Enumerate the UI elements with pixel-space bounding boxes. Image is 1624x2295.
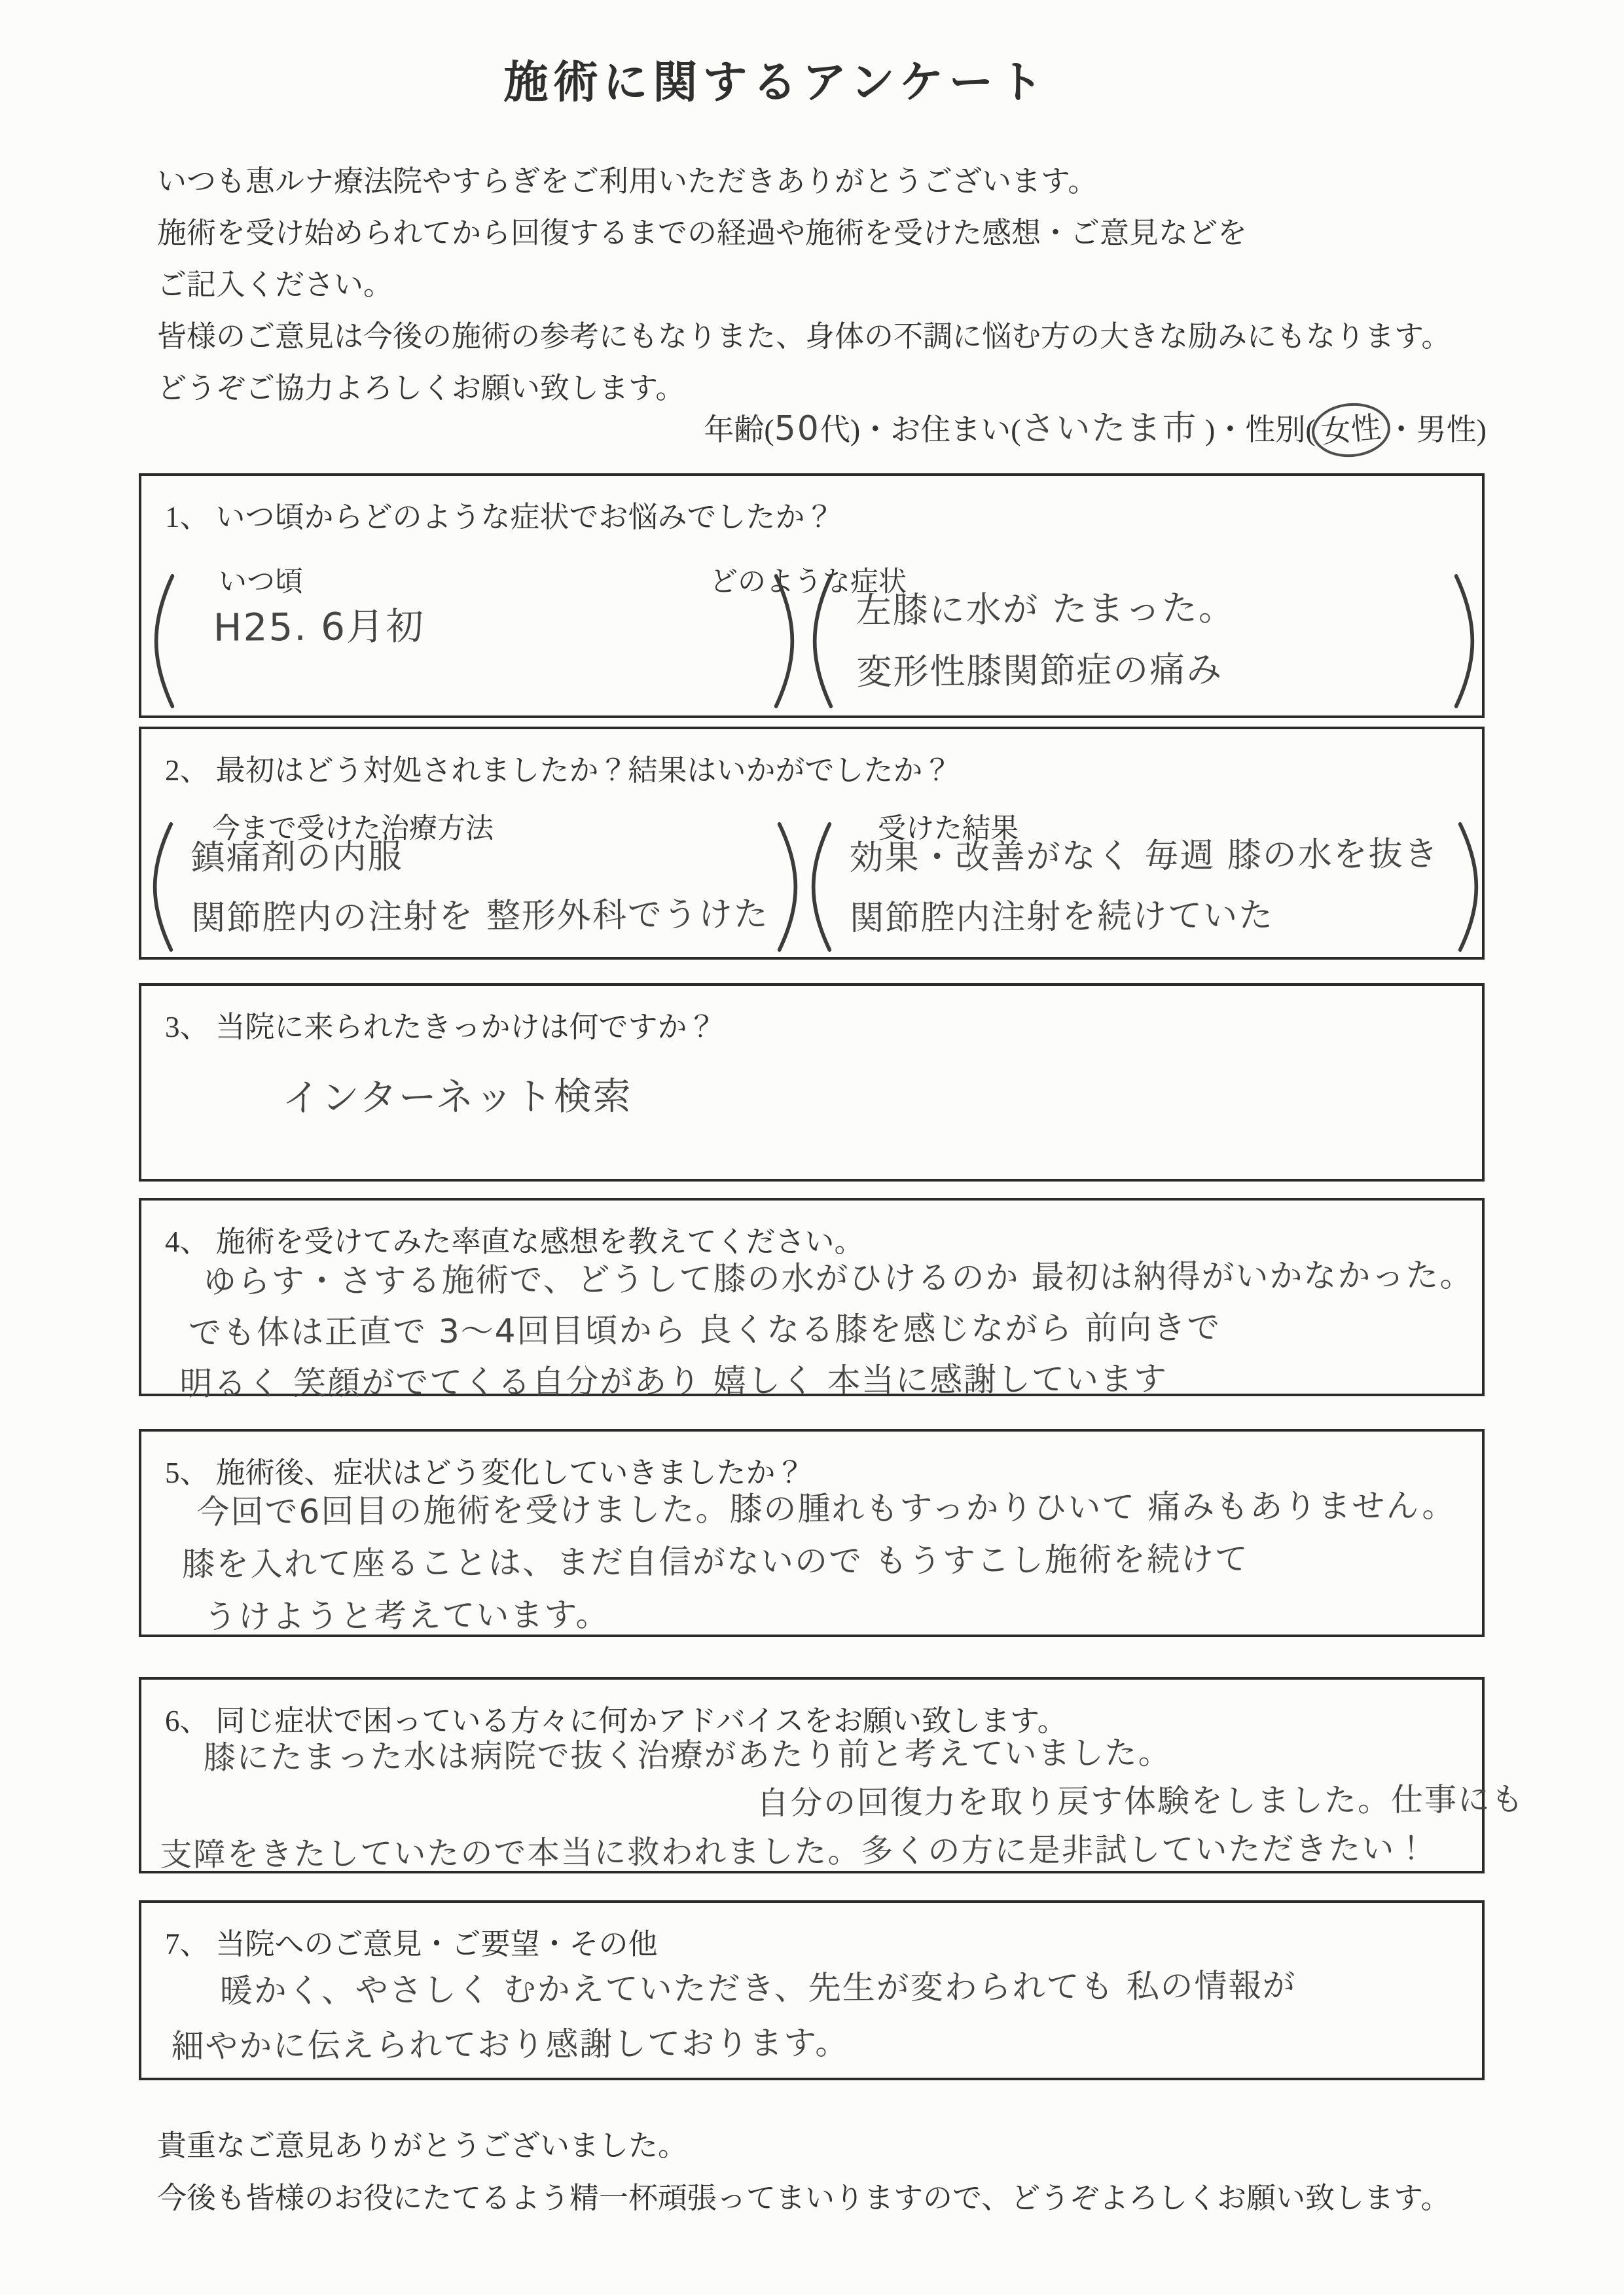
gender-separator: ・	[1386, 413, 1416, 446]
paren-close-icon	[772, 574, 797, 708]
answer-group-result: 効果・改善がなく 毎週 膝の水を抜き 関節腔内注射を続けていた	[809, 822, 1481, 952]
residence-value-handwritten: さいたま市	[1021, 409, 1198, 448]
answer-group-when: H25. 6月初	[152, 574, 797, 708]
question-7-label: 当院へのご意見・ご要望・その他	[216, 1928, 658, 1961]
question-box-6: 6、同じ症状で困っている方々に何かアドバイスをお願い致します。 膝にたまった水は…	[139, 1677, 1485, 1873]
answer-handwritten: 膝にたまった水は病院で抜く治療があたり前と考えていました。 自分の回復力を取り戻…	[141, 1727, 1482, 1880]
question-box-1: 1、いつ頃からどのような症状でお悩みでしたか？ いつ頃 どのような症状 H25.…	[139, 473, 1485, 718]
answer-group-symptom: 左膝に水が たまった。 変形性膝関節症の痛み	[810, 574, 1477, 708]
answer-line: 膝にたまった水は病院で抜く治療があたり前と考えていました。	[203, 1727, 1481, 1782]
paren-close-icon	[1452, 574, 1477, 708]
answer-line: 今回で6回目の施術を受けました。膝の腫れもすっかりひいて 痛みもありません。	[196, 1479, 1481, 1538]
question-box-5: 5、施術後、症状はどう変化していきましたか？ 今回で6回目の施術を受けました。膝…	[139, 1429, 1485, 1637]
answer-when-handwritten: H25. 6月初	[213, 593, 770, 652]
gender-female-option: 女性	[1320, 410, 1382, 449]
intro-paragraph: いつも恵ルナ療法院やすらぎをご利用いただきありがとうございます。 施術を受け始め…	[157, 156, 1451, 414]
answer-line: 支障をきたしていたので本当に救われました。多くの方に是非試していただきたい！	[160, 1824, 1482, 1880]
answer-line: 細やかに伝えられており感謝しております。	[171, 2012, 1482, 2074]
question-3-number: 3、	[165, 1011, 209, 1043]
paren-open-icon	[152, 574, 177, 708]
answer-symptom-line: 左膝に水が たまった。	[856, 576, 1449, 642]
answer-line: 自分の回復力を取り戻す体験をしました。仕事にも	[757, 1776, 1482, 1828]
answer-result-line: 効果・改善がなく 毎週 膝の水を抜き	[849, 824, 1453, 888]
question-box-3: 3、当院に来られたきっかけは何ですか？ インターネット検索	[139, 983, 1485, 1182]
question-2-number: 2、	[165, 754, 209, 787]
intro-line: 施術を受け始められてから回復するまでの経過や施術を受けた感想・ご意見などを	[157, 208, 1451, 259]
intro-line: いつも恵ルナ療法院やすらぎをご利用いただきありがとうございます。	[157, 156, 1451, 208]
answer-handwritten: 今回で6回目の施術を受けました。膝の腫れもすっかりひいて 痛みもありません。 膝…	[141, 1479, 1482, 1644]
respondent-info: 年齢(50代)・お住まい(さいたま市 )・性別(女性・男性)	[704, 401, 1487, 457]
answer-past-treatment-line: 関節腔内の注射を 整形外科でうけた	[191, 884, 773, 949]
age-label: 年齢(	[704, 413, 774, 446]
closing-line: 今後も皆様のお役にたてるよう精一杯頑張ってまいりますので、どうぞよろしくお願い致…	[157, 2172, 1451, 2224]
age-residence-label: 代)・お住まい(	[820, 413, 1021, 446]
answer-line: 膝を入れて座ることは、まだ自信がないので もうすこし施術を続けて	[182, 1532, 1482, 1591]
paren-open-icon	[151, 822, 175, 952]
answer-symptom-line: 変形性膝関節症の痛み	[856, 638, 1450, 703]
question-5-number: 5、	[165, 1456, 209, 1489]
answer-handwritten: インターネット検索	[141, 1061, 1482, 1123]
answer-line: 暖かく、やさしく むかえていただき、先生が変わられても 私の情報が	[220, 1957, 1482, 2019]
question-box-2: 2、最初はどう対処されましたか？結果はいかがでしたか？ 今まで受けた治療方法 受…	[139, 727, 1485, 960]
paren-open-icon	[810, 574, 835, 708]
closing-note: 貴重なご意見ありがとうございました。 今後も皆様のお役にたてるよう精一杯頑張って…	[157, 2120, 1451, 2224]
answer-line: 明るく 笑顔がでてくる自分があり 嬉しく 本当に感謝しています	[179, 1352, 1482, 1409]
intro-line: ご記入ください。	[157, 259, 1451, 311]
answer-handwritten: 暖かく、やさしく むかえていただき、先生が変わられても 私の情報が 細やかに伝え…	[141, 1957, 1483, 2074]
answer-line: うけようと考えています。	[204, 1584, 1482, 1643]
question-7-line: 7、当院へのご意見・ご要望・その他	[141, 1903, 1482, 1962]
question-7-number: 7、	[165, 1928, 209, 1961]
paren-open-icon	[809, 822, 834, 952]
answer-group-past-treatment: 鎮痛剤の内服 関節腔内の注射を 整形外科でうけた	[151, 822, 800, 952]
gender-close-paren: )	[1477, 413, 1487, 446]
answer-past-treatment-line: 鎮痛剤の内服	[190, 824, 772, 888]
question-box-7: 7、当院へのご意見・ご要望・その他 暖かく、やさしく むかえていただき、先生が変…	[139, 1900, 1485, 2080]
question-box-4: 4、施術を受けてみた率直な感想を教えてください。 ゆらす・さする施術で、どうして…	[139, 1198, 1485, 1396]
question-6-number: 6、	[165, 1705, 209, 1737]
question-4-number: 4、	[165, 1225, 209, 1258]
answer-handwritten: ゆらす・さする施術で、どうして膝の水がひけるのか 最初は納得がいかなかった。 で…	[141, 1250, 1482, 1410]
question-2-label: 最初はどう対処されましたか？結果はいかがでしたか？	[216, 754, 952, 787]
question-3-label: 当院に来られたきっかけは何ですか？	[216, 1011, 717, 1043]
answer-result-content: 効果・改善がなく 毎週 膝の水を抜き 関節腔内注射を続けていた	[833, 820, 1456, 954]
age-value-handwritten: 50	[774, 409, 820, 448]
page-title: 施術に関するアンケート	[0, 47, 1588, 111]
closing-line: 貴重なご意見ありがとうございました。	[157, 2120, 1451, 2172]
paren-close-icon	[775, 822, 800, 952]
question-1-line: 1、いつ頃からどのような症状でお悩みでしたか？	[141, 476, 1482, 535]
paren-close-icon	[1456, 822, 1481, 952]
answer-result-line: 関節腔内注射を続けていた	[850, 884, 1454, 949]
answer-line: ゆらす・さする施術で、どうして膝の水がひけるのか 最初は納得がいかなかった。	[203, 1250, 1481, 1307]
answer-symptom-content: 左膝に水が たまった。 変形性膝関節症の痛み	[835, 572, 1452, 711]
residence-gender-label: )・性別(	[1205, 413, 1316, 446]
answer-past-treatment-content: 鎮痛剤の内服 関節腔内の注射を 整形外科でうけた	[175, 820, 775, 954]
question-2-line: 2、最初はどう対処されましたか？結果はいかがでしたか？	[141, 729, 1482, 789]
gender-circle-annotation: 女性	[1309, 400, 1392, 460]
question-3-line: 3、当院に来られたきっかけは何ですか？	[141, 986, 1482, 1045]
intro-line: 皆様のご意見は今後の施術の参考にもなりまた、身体の不調に悩む方の大きな励みにもな…	[157, 311, 1451, 363]
question-1-number: 1、	[165, 501, 209, 533]
survey-page: 施術に関するアンケート いつも恵ルナ療法院やすらぎをご利用いただきありがとうござ…	[0, 0, 1624, 2295]
answer-line: でも体は正直で 3〜4回目頃から 良くなる膝を感じながら 前向きで	[189, 1301, 1482, 1358]
gender-male-option: 男性	[1416, 413, 1477, 446]
answer-line: インターネット検索	[282, 1061, 1482, 1123]
question-1-label: いつ頃からどのような症状でお悩みでしたか？	[216, 501, 835, 533]
answer-when-content: H25. 6月初	[176, 572, 772, 710]
